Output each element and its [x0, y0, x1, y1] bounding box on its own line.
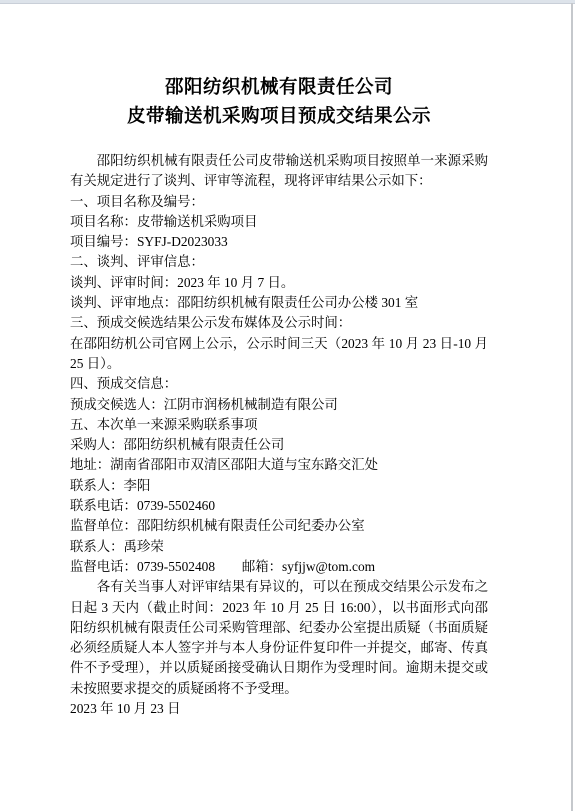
review-location-line: 谈判、评审地点：邵阳纺织机械有限责任公司办公楼 301 室: [70, 293, 488, 313]
purchaser-line: 采购人：邵阳纺织机械有限责任公司: [70, 435, 488, 455]
contact-person-line: 联系人：李阳: [70, 476, 488, 496]
document-body: 邵阳纺织机械有限责任公司皮带输送机采购项目按照单一来源采购有关规定进行了谈判、评…: [70, 151, 488, 719]
supervision-unit-line: 监督单位：邵阳纺织机械有限责任公司纪委办公室: [70, 516, 488, 536]
section5-heading: 五、本次单一来源采购联系事项: [70, 415, 488, 435]
intro-paragraph: 邵阳纺织机械有限责任公司皮带输送机采购项目按照单一来源采购有关规定进行了谈判、评…: [70, 151, 488, 192]
document-page: 邵阳纺织机械有限责任公司 皮带输送机采购项目预成交结果公示 邵阳纺织机械有限责任…: [70, 72, 488, 719]
viewer-top-edge-strip: [0, 0, 575, 4]
review-time-line: 谈判、评审时间：2023 年 10 月 7 日。: [70, 273, 488, 293]
address-line: 地址：湖南省邵阳市双清区邵阳大道与宝东路交汇处: [70, 455, 488, 475]
closing-paragraph: 各有关当事人对评审结果有异议的，可以在预成交结果公示发布之日起 3 天内（截止时…: [70, 577, 488, 699]
section3-heading: 三、预成交候选结果公示发布媒体及公示时间：: [70, 313, 488, 333]
page-right-border: [571, 3, 573, 811]
section4-heading: 四、预成交信息：: [70, 374, 488, 394]
supervision-contact-line: 联系人：禹珍荣: [70, 537, 488, 557]
document-title-line1: 邵阳纺织机械有限责任公司: [70, 72, 488, 101]
section2-heading: 二、谈判、评审信息：: [70, 252, 488, 272]
section1-heading: 一、项目名称及编号：: [70, 192, 488, 212]
project-name-line: 项目名称：皮带输送机采购项目: [70, 212, 488, 232]
publicity-media-line: 在邵阳纺机公司官网上公示，公示时间三天（2023 年 10 月 23 日-10 …: [70, 334, 488, 375]
supervision-phone-email-line: 监督电话：0739-5502408 邮箱：syfjjw@tom.com: [70, 557, 488, 577]
document-title-line2: 皮带输送机采购项目预成交结果公示: [70, 101, 488, 130]
document-date: 2023 年 10 月 23 日: [70, 699, 488, 719]
contact-phone-line: 联系电话：0739-5502460: [70, 496, 488, 516]
candidate-line: 预成交候选人：江阴市润杨机械制造有限公司: [70, 395, 488, 415]
project-number-line: 项目编号：SYFJ-D2023033: [70, 232, 488, 252]
